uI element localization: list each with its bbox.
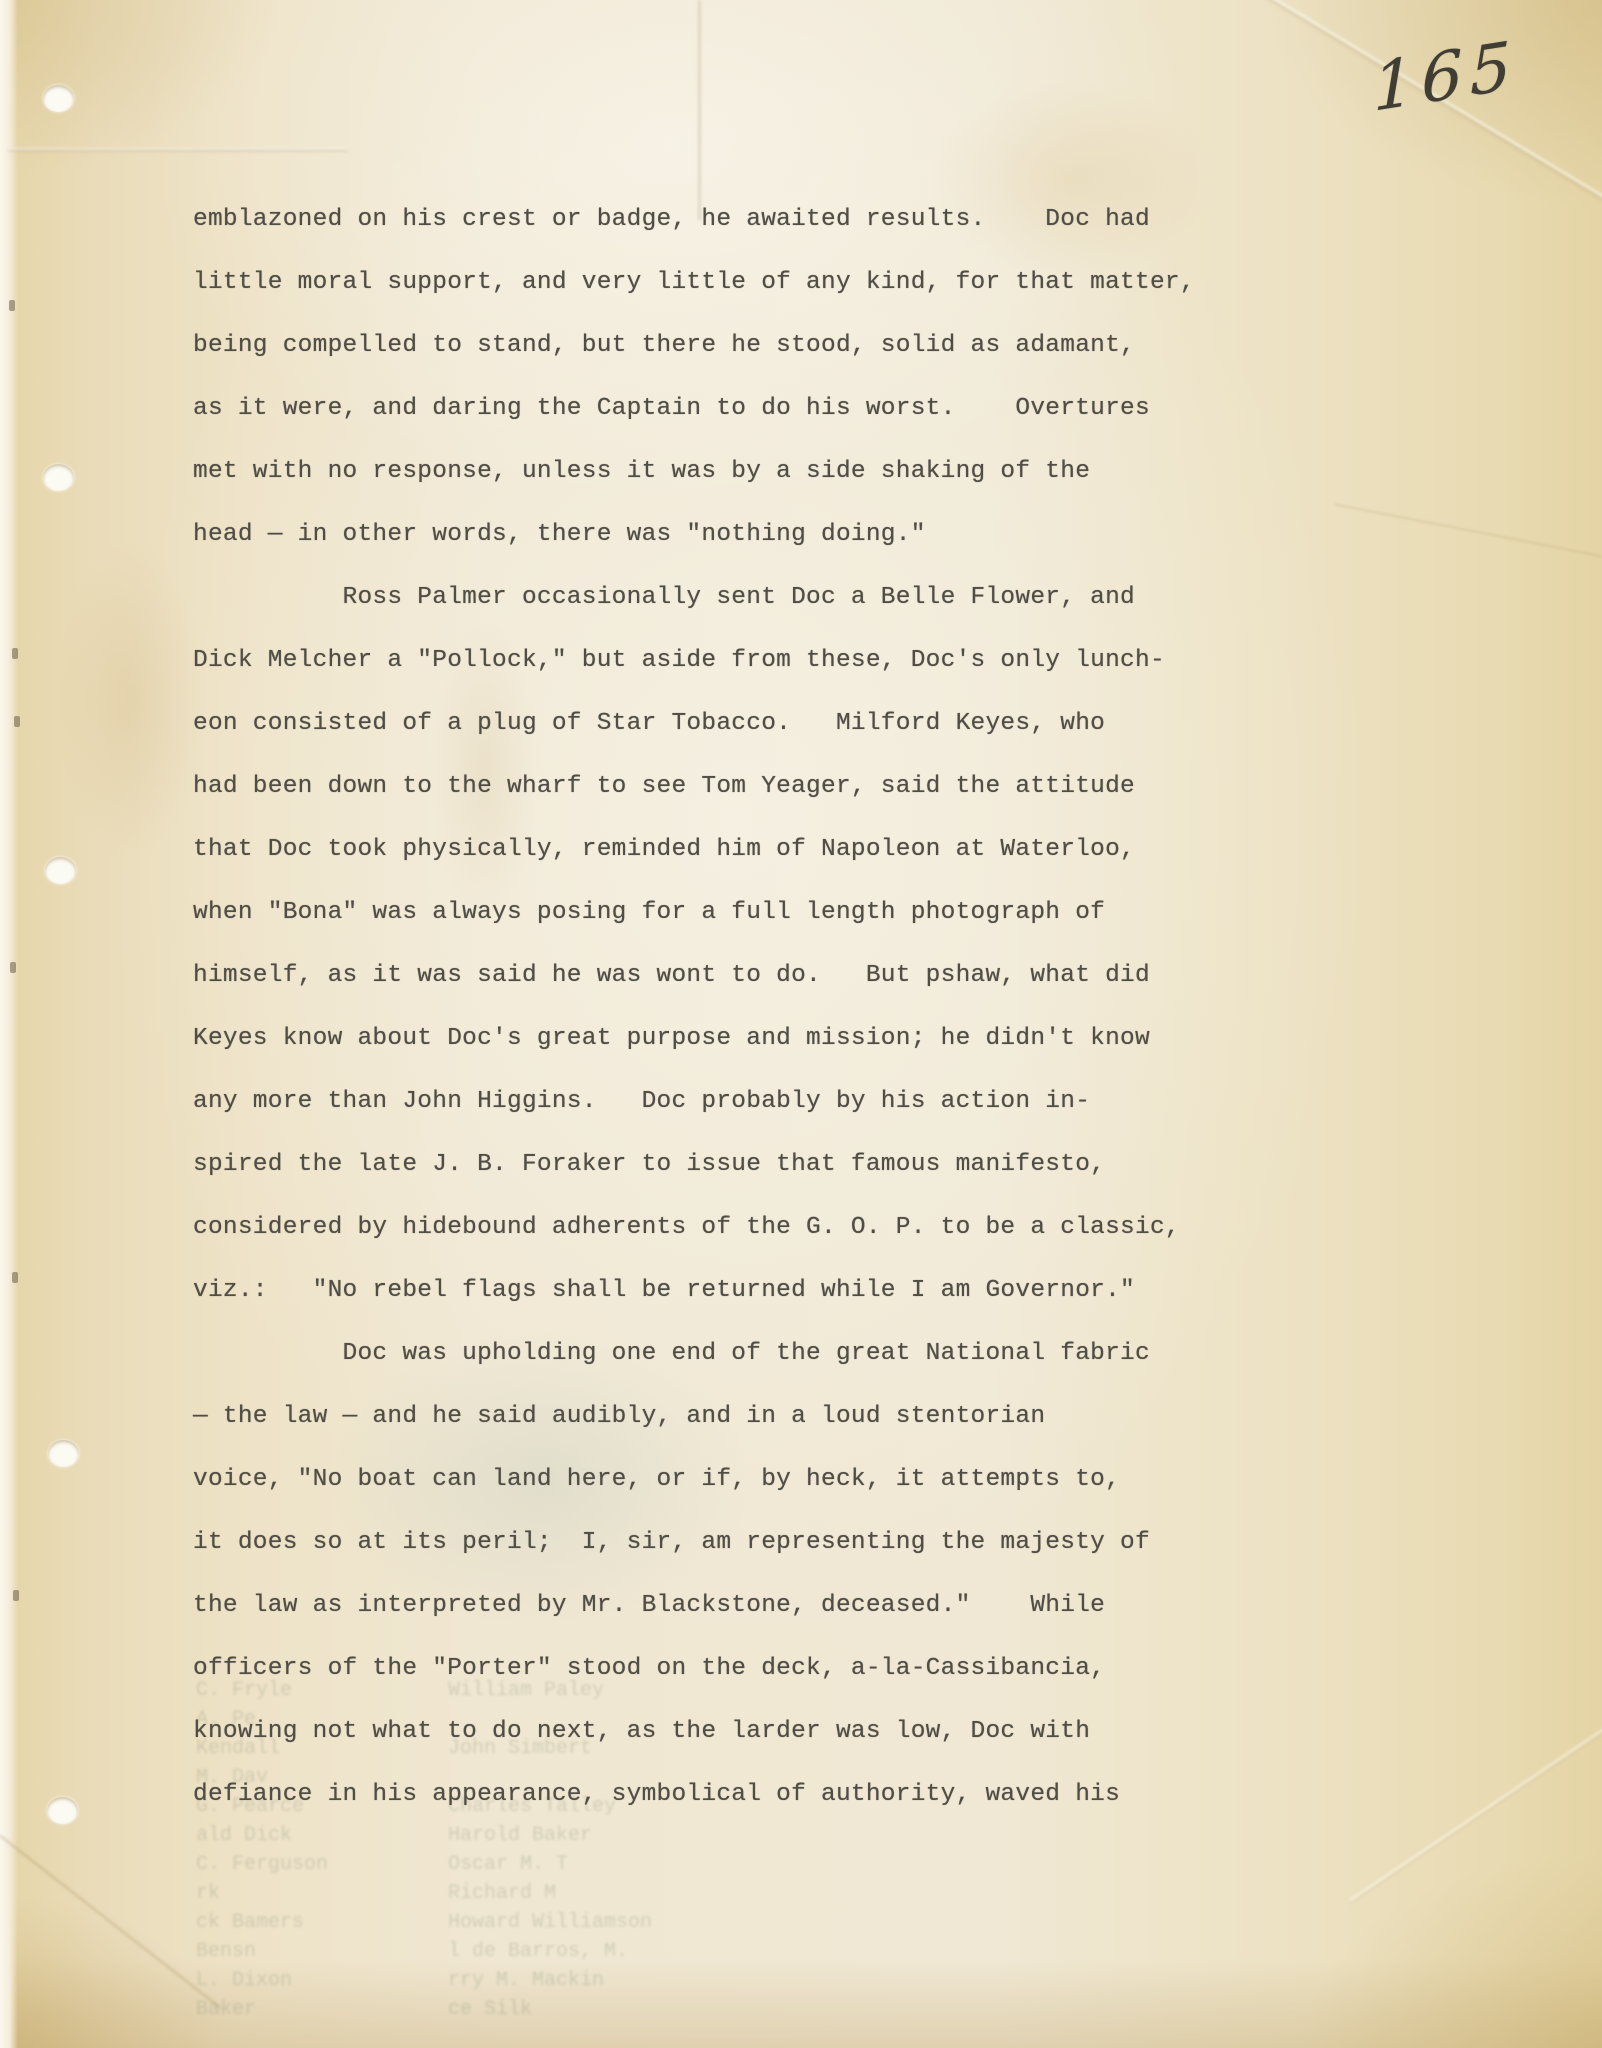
edge-nick [12,648,18,659]
punch-hole [43,464,74,491]
typescript-line: that Doc took physically, reminded him o… [193,818,1433,881]
ghost-line: ck Bamers [196,1908,328,1937]
edge-nick [12,1272,18,1283]
ghost-line: C. Ferguson [196,1850,328,1879]
typescript-line: considered by hidebound adherents of the… [193,1196,1433,1259]
typescript-line: spired the late J. B. Foraker to issue t… [193,1133,1433,1196]
ghost-line: ce Silk [448,1995,652,2024]
typescript-line: emblazoned on his crest or badge, he awa… [193,188,1433,251]
typescript-line: Keyes know about Doc's great purpose and… [193,1007,1433,1070]
punch-hole [48,1440,79,1467]
typescript-line: Ross Palmer occasionally sent Doc a Bell… [193,566,1433,629]
paper-stain [55,540,205,860]
ghost-line: l de Barros, M. [448,1937,652,1966]
edge-nick [9,300,15,311]
typescript-line: any more than John Higgins. Doc probably… [193,1070,1433,1133]
ghost-line: L. Dixon [196,1966,328,1995]
typescript-line: it does so at its peril; I, sir, am repr… [193,1511,1433,1574]
typescript-line: being compelled to stand, but there he s… [193,314,1433,377]
typescript-text: emblazoned on his crest or badge, he awa… [193,188,1433,1826]
ghost-line: rry M. Mackin [448,1966,652,1995]
typescript-line: defiance in his appearance, symbolical o… [193,1763,1433,1826]
typescript-line: viz.: "No rebel flags shall be returned … [193,1259,1433,1322]
edge-nick [13,1590,19,1601]
paper-crease [697,0,702,220]
typescript-line: met with no response, unless it was by a… [193,440,1433,503]
ghost-line: Richard M [448,1879,652,1908]
document-page: 165 C. FryleA. PeKendallM. DavG. Pearcea… [0,0,1602,2048]
typescript-line: eon consisted of a plug of Star Tobacco.… [193,692,1433,755]
typescript-line: when "Bona" was always posing for a full… [193,881,1433,944]
typescript-line: as it were, and daring the Captain to do… [193,377,1433,440]
typescript-line: head — in other words, there was "nothin… [193,503,1433,566]
ghost-line: Baker [196,1995,328,2024]
typescript-line: Dick Melcher a "Pollock," but aside from… [193,629,1433,692]
ghost-line: rk [196,1879,328,1908]
ghost-line: Oscar M. T [448,1850,652,1879]
punch-hole [43,85,74,112]
ghost-line: Bensn [196,1937,328,1966]
paper-crease [8,148,348,152]
typescript-line: little moral support, and very little of… [193,251,1433,314]
page-number: 165 [1372,26,1519,127]
typescript-line: knowing not what to do next, as the lard… [193,1700,1433,1763]
typescript-line: the law as interpreted by Mr. Blackstone… [193,1574,1433,1637]
typescript-line: Doc was upholding one end of the great N… [193,1322,1433,1385]
ghost-line: Howard Williamson [448,1908,652,1937]
typescript-line: himself, as it was said he was wont to d… [193,944,1433,1007]
typescript-line: — the law — and he said audibly, and in … [193,1385,1433,1448]
edge-nick [14,716,20,727]
typescript-line: had been down to the wharf to see Tom Ye… [193,755,1433,818]
typescript-line: officers of the "Porter" stood on the de… [193,1637,1433,1700]
typescript-line: voice, "No boat can land here, or if, by… [193,1448,1433,1511]
edge-nick [10,962,16,973]
punch-hole [45,857,76,884]
